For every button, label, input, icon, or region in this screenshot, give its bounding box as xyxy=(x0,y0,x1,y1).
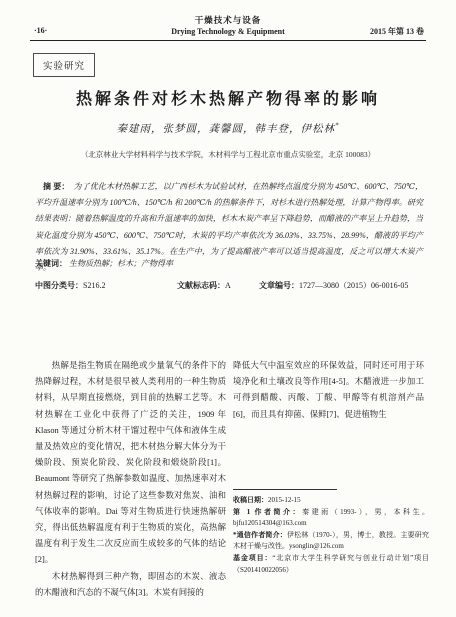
received-date: 2015-12-15 xyxy=(268,496,301,504)
doc-code-label: 文献标志码： xyxy=(177,281,225,290)
doc-code-value: A xyxy=(225,281,231,290)
body-paragraph: 降低大气中温室效应的环保效益，同时还可用于环境净化和土壤改良等作用[4-5]。木… xyxy=(233,358,424,423)
article-id-value: 1727—3080（2015）06-0016-05 xyxy=(299,281,408,290)
abstract-label: 摘 要： xyxy=(43,182,69,191)
body-paragraph: 木材热解得到三种产物，即固态的木炭、液态的木醋液和汽态的不凝气体[3]。木炭有间… xyxy=(35,569,226,601)
author-names: 秦建雨，张梦圆，龚馨圆，韩丰登，伊松林 xyxy=(117,124,336,135)
keywords-label: 关键词： xyxy=(35,259,67,268)
article-id-segment: 文章编号：1727—3080（2015）06-0016-05 xyxy=(259,280,408,291)
footnote-fund: 基金项目：“北京市大学生科学研究与创业行动计划”项目（S201410022056… xyxy=(233,553,429,576)
corresponding-author-mark: * xyxy=(335,122,340,130)
paper-page: ·16· 干燥技术与设备 Drying Technology & Equipme… xyxy=(0,0,456,617)
footnote-block: 收稿日期：2015-12-15 第 1 作者简介：秦建雨（1993-），男，本科… xyxy=(233,489,429,576)
meta-line: 中图分类号：S216.2 文献标志码：A 文章编号：1727—3080（2015… xyxy=(35,280,425,292)
author-line: 秦建雨，张梦圆，龚馨圆，韩丰登，伊松林* xyxy=(0,121,456,136)
body-column-right: 降低大气中温室效应的环保效益，同时还可用于环境净化和土壤改良等作用[4-5]。木… xyxy=(233,358,424,423)
keywords-text: 生物质热解；杉木；产物得率 xyxy=(69,259,173,268)
fund-label: 基金项目： xyxy=(233,554,272,562)
footnote-received: 收稿日期：2015-12-15 xyxy=(233,495,429,507)
affiliation-line: （北京林业大学材料科学与技术学院，木材科学与工程北京市重点实验室，北京 1000… xyxy=(0,149,456,160)
footnote-first-author: 第 1 作者简介：秦建雨（1993-），男，本科生。bjfu120514304@… xyxy=(233,507,429,530)
body-column-left: 热解是指生物质在隔绝或少量氧气的条件下的热降解过程，木材是很早被人类利用的一种生… xyxy=(35,358,226,601)
header-divider xyxy=(30,40,426,41)
section-tag-box: 实验研究 xyxy=(33,53,95,77)
footnote-divider xyxy=(233,489,337,490)
header-issue: 2015 年第 13 卷 xyxy=(370,26,424,37)
clc-label: 中图分类号： xyxy=(35,281,83,290)
received-label: 收稿日期： xyxy=(233,496,268,504)
keywords-line: 关键词：生物质热解；杉木；产物得率 xyxy=(35,258,423,269)
clc-value: S216.2 xyxy=(83,281,105,290)
journal-title-zh: 干燥技术与设备 xyxy=(0,14,456,26)
first-author-label: 第 1 作者简介： xyxy=(233,508,302,516)
body-paragraph: 热解是指生物质在隔绝或少量氧气的条件下的热降解过程，木材是很早被人类利用的一种生… xyxy=(35,358,226,569)
paper-title: 热解条件对杉木热解产物得率的影响 xyxy=(0,86,456,109)
corresponding-label: *通信作者简介： xyxy=(233,531,287,539)
footnote-corresponding: *通信作者简介：伊松林（1970-），男，博士，教授。主要研究木材干燥与改性。y… xyxy=(233,530,429,553)
clc-segment: 中图分类号：S216.2 xyxy=(35,280,105,291)
doc-code-segment: 文献标志码：A xyxy=(177,280,231,291)
article-id-label: 文章编号： xyxy=(259,281,299,290)
